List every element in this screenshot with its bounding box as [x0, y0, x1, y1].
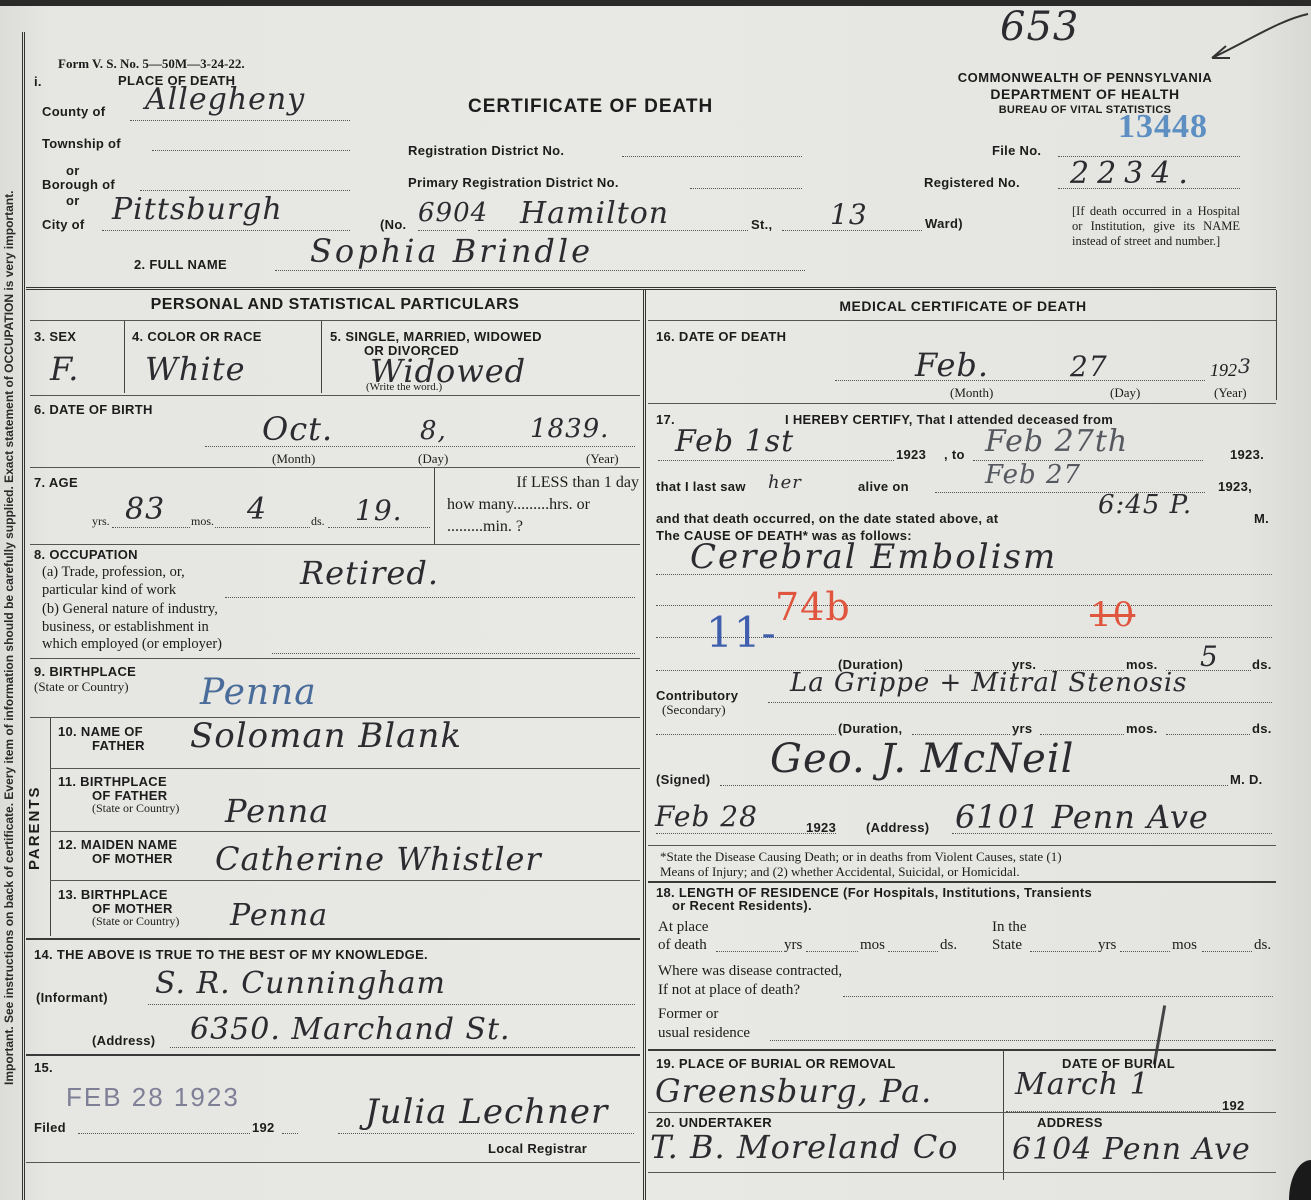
mother-maiden-name-value[interactable]: Catherine Whistler — [215, 840, 542, 878]
occupation-b-label: (b) General nature of industry, business… — [42, 601, 222, 654]
local-registrar-label: Local Registrar — [488, 1141, 587, 1156]
death-time-suffix: M. — [1254, 511, 1269, 526]
less-than-day-note: If LESS than 1 day how many.........hrs.… — [447, 472, 639, 538]
street-name-value[interactable]: Hamilton — [520, 196, 669, 231]
sex-value[interactable]: F. — [50, 350, 79, 388]
scan-edge-top — [0, 0, 1311, 6]
arrow-annotation-icon — [1200, 10, 1311, 70]
birth-month-value[interactable]: Oct. — [262, 410, 333, 448]
registered-number-value[interactable]: 2234. — [1070, 156, 1196, 191]
death-year-value[interactable]: 3 — [1238, 354, 1252, 378]
street-suffix-label: St., — [751, 217, 772, 232]
birthplace-label: 9. BIRTHPLACE — [34, 664, 136, 679]
at-place-of-death-label: At place of death — [658, 918, 708, 954]
father-birthplace-value[interactable]: Penna — [225, 792, 329, 830]
scan-edge-corner — [1289, 1160, 1311, 1200]
last-saw-label: that I last saw — [656, 479, 746, 494]
alive-on-label: alive on — [858, 479, 909, 494]
physician-address-value[interactable]: 6101 Penn Ave — [955, 798, 1209, 836]
full-name-value[interactable]: Sophia Brindle — [310, 232, 593, 270]
county-value[interactable]: Allegheny — [145, 82, 305, 117]
center-column-divider — [643, 290, 646, 1200]
ward-label: Ward) — [925, 216, 963, 231]
file-number-stamp: 13448 — [1118, 108, 1208, 146]
age-years-value[interactable]: 83 — [125, 492, 165, 527]
former-residence-label: Former or usual residence — [658, 1005, 750, 1043]
burial-year-prefix: 192 — [1222, 1098, 1245, 1113]
registrar-signature: Julia Lechner — [365, 1092, 608, 1132]
marital-status-label: 5. SINGLE, MARRIED, WIDOWED — [330, 329, 542, 344]
hospital-instruction-note: [If death occurred in a Hospital or Inst… — [1072, 204, 1240, 249]
month-caption: (Month) — [272, 451, 315, 467]
age-label: 7. AGE — [34, 475, 78, 490]
informant-value[interactable]: S. R. Cunningham — [155, 966, 446, 1001]
father-birthplace-label: 11. BIRTHPLACE — [58, 774, 167, 789]
year-caption: (Year) — [586, 451, 619, 467]
county-label: County of — [42, 104, 105, 119]
authority-department: DEPARTMENT OF HEALTH — [915, 86, 1255, 102]
signed-year-value: 1923 — [806, 820, 836, 835]
occupation-a-label: (a) Trade, profession, or, particular ki… — [42, 564, 185, 599]
disease-code-red: 74b — [775, 585, 851, 629]
physician-signature: Geo. J. McNeil — [770, 736, 1074, 782]
informant-label: (Informant) — [36, 990, 108, 1005]
last-saw-date[interactable]: Feb 27 — [985, 460, 1081, 490]
death-time-value[interactable]: 6:45 P. — [1098, 490, 1192, 520]
burial-date-value[interactable]: March 1 — [1015, 1067, 1150, 1102]
margin-instruction-note: Important. See instructions on back of c… — [2, 191, 16, 1085]
attended-from-year: 1923 — [896, 447, 926, 462]
form-number: Form V. S. No. 5—50M—3-24-22. — [58, 56, 245, 72]
death-day-value[interactable]: 27 — [1070, 350, 1108, 383]
contributory-cause-value[interactable]: La Grippe + Mitral Stenosis — [790, 668, 1187, 698]
day-caption: (Day) — [418, 451, 448, 467]
sex-label: 3. SEX — [34, 329, 76, 344]
filed-year-prefix: 192 — [252, 1120, 275, 1135]
attended-to-year: 1923. — [1230, 447, 1264, 462]
informant-address-value[interactable]: 6350. Marchand St. — [190, 1012, 511, 1047]
item-number-17: 17. — [656, 412, 675, 427]
birth-day-value[interactable]: 8, — [420, 416, 447, 446]
age-months-caption: mos. — [191, 514, 214, 529]
mother-maiden-name-label: 12. MAIDEN NAME — [58, 837, 177, 852]
street-number-value[interactable]: 6904 — [418, 198, 488, 228]
filed-label: Filed — [34, 1120, 66, 1135]
birthplace-value[interactable]: Penna — [200, 672, 317, 713]
informant-address-label: (Address) — [92, 1033, 155, 1048]
undertaker-address-value[interactable]: 6104 Penn Ave — [1012, 1132, 1251, 1167]
burial-place-label: 19. PLACE OF BURIAL OR REMOVAL — [656, 1056, 896, 1071]
death-month-caption: (Month) — [950, 385, 993, 401]
full-name-label: 2. FULL NAME — [134, 257, 227, 272]
page-title: CERTIFICATE OF DEATH — [468, 96, 713, 118]
death-day-caption: (Day) — [1110, 385, 1140, 401]
ward-value[interactable]: 13 — [830, 198, 868, 231]
file-number-label: File No. — [992, 143, 1041, 158]
section-divider-top — [26, 287, 1276, 290]
authority-commonwealth: COMMONWEALTH OF PENNSYLVANIA — [915, 70, 1255, 85]
in-state-label: In the State — [992, 918, 1027, 954]
township-label: Township of — [42, 136, 121, 151]
left-border — [22, 32, 25, 1200]
contributory-label: Contributory — [656, 688, 738, 703]
disease-contracted-label: Where was disease contracted, If not at … — [658, 962, 842, 1000]
last-saw-year: 1923, — [1218, 479, 1252, 494]
attended-to-date[interactable]: Feb 27th — [985, 424, 1128, 459]
informant-statement: 14. THE ABOVE IS TRUE TO THE BEST OF MY … — [34, 947, 428, 962]
race-label: 4. COLOR OR RACE — [132, 329, 262, 344]
city-label: City of — [42, 217, 85, 232]
death-year-caption: (Year) — [1214, 385, 1247, 401]
age-days-caption: ds. — [311, 514, 325, 529]
duration-days-value[interactable]: 5 — [1200, 640, 1219, 673]
burial-place-value[interactable]: Greensburg, Pa. — [655, 1072, 932, 1110]
or-label-1: or — [66, 163, 80, 178]
disease-code-mark: 10 — [1090, 595, 1135, 635]
personal-particulars-heading: PERSONAL AND STATISTICAL PARTICULARS — [30, 296, 640, 314]
last-saw-pronoun[interactable]: her — [768, 472, 802, 493]
item-number-1: i. — [34, 74, 42, 89]
father-name-label: 10. NAME OF — [58, 724, 143, 739]
handwritten-record-number: 653 — [1000, 4, 1079, 50]
city-value[interactable]: Pittsburgh — [112, 192, 283, 227]
death-occurred-label: and that death occurred, on the date sta… — [656, 511, 998, 526]
signed-label: (Signed) — [656, 772, 710, 787]
borough-label: Borough of — [42, 177, 115, 192]
registration-district-label: Registration District No. — [408, 143, 564, 158]
age-months-value[interactable]: 4 — [247, 492, 267, 527]
md-label: M. D. — [1230, 772, 1263, 787]
filed-date-stamp: FEB 28 1923 — [66, 1082, 240, 1113]
registered-number-label: Registered No. — [924, 175, 1020, 190]
cause-of-death-footnote: *State the Disease Causing Death; or in … — [660, 849, 1062, 879]
street-number-label: (No. — [380, 217, 406, 232]
mother-birthplace-value[interactable]: Penna — [230, 898, 328, 933]
duration-ds-label: ds. — [1252, 657, 1272, 672]
primary-registration-district-label: Primary Registration District No. — [408, 175, 619, 190]
item-number-15: 15. — [34, 1060, 53, 1075]
disease-code-blue: 11- — [706, 608, 777, 657]
contributory-hint: (Secondary) — [662, 702, 726, 718]
birth-year-value[interactable]: 1839. — [530, 414, 609, 444]
mother-birthplace-label: 13. BIRTHPLACE — [58, 887, 168, 902]
undertaker-address-label: ADDRESS — [1037, 1115, 1103, 1130]
signed-date-value[interactable]: Feb 28 — [655, 800, 758, 833]
parents-section-label: PARENTS — [26, 785, 43, 870]
age-years-caption: yrs. — [92, 514, 110, 529]
cause-of-death-value[interactable]: Cerebral Embolism — [690, 537, 1057, 577]
birthplace-hint: (State or Country) — [34, 679, 129, 695]
to-label: , to — [944, 447, 965, 462]
attended-from-date[interactable]: Feb 1st — [675, 424, 794, 459]
undertaker-value[interactable]: T. B. Moreland Co — [650, 1128, 958, 1166]
occupation-label: 8. OCCUPATION — [34, 547, 138, 562]
marital-status-value[interactable]: Widowed — [370, 352, 526, 390]
duration2-label: (Duration, — [838, 721, 902, 736]
or-label-2: or — [66, 193, 80, 208]
age-days-value[interactable]: 19. — [355, 494, 403, 527]
physician-address-label: (Address) — [866, 820, 929, 835]
date-of-birth-label: 6. DATE OF BIRTH — [34, 402, 153, 417]
death-year-prefix: 192 — [1210, 360, 1237, 381]
occupation-value[interactable]: Retired. — [300, 554, 439, 592]
death-month-value[interactable]: Feb. — [915, 346, 989, 384]
race-value[interactable]: White — [145, 350, 246, 388]
medical-certificate-heading: MEDICAL CERTIFICATE OF DEATH — [650, 298, 1276, 314]
father-name-value[interactable]: Soloman Blank — [190, 716, 462, 756]
date-of-death-label: 16. DATE OF DEATH — [656, 329, 786, 344]
death-certificate-document: Important. See instructions on back of c… — [0, 0, 1311, 1200]
